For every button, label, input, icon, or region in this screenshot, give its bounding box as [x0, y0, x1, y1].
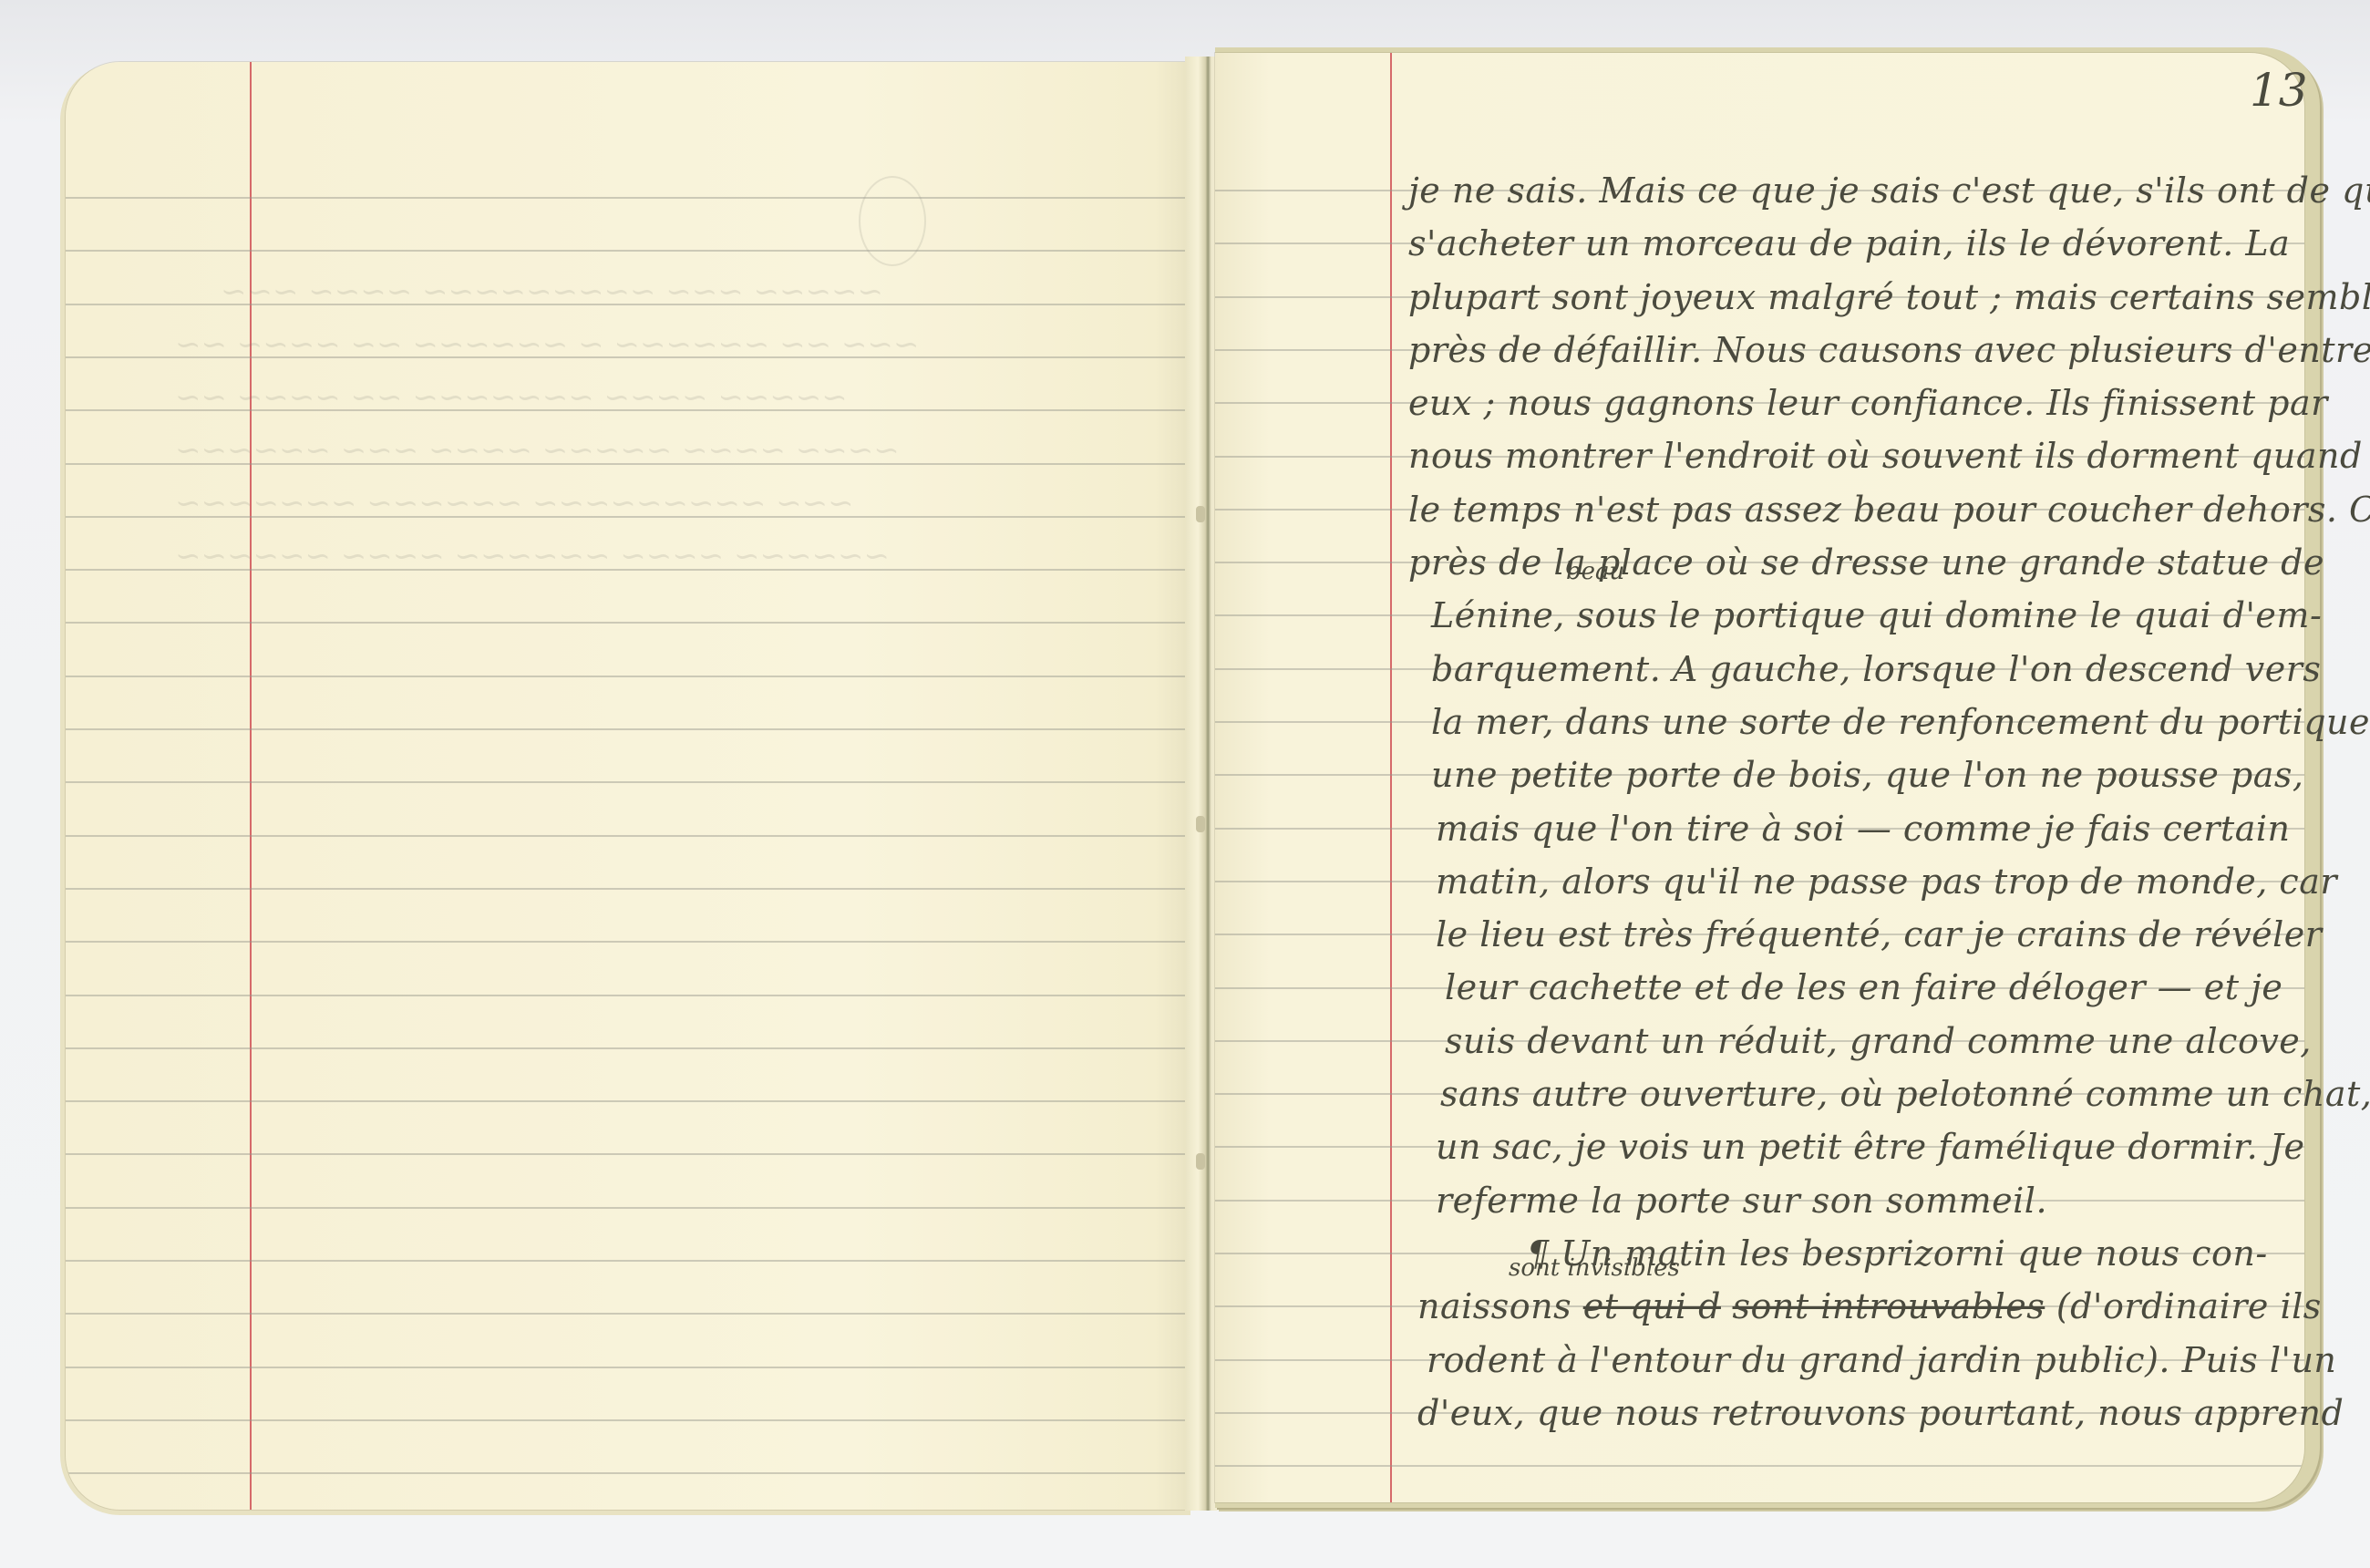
ruled-line: [66, 835, 1189, 837]
right-margin-line: [1390, 53, 1392, 1502]
text-line: eux ; nous gagnons leur confiance. Ils f…: [1408, 377, 2370, 429]
text-line: près de la place où se dresse une grande…: [1408, 536, 2370, 589]
text-line: la mer, dans une sorte de renfoncement d…: [1408, 696, 2370, 748]
struck-text: et qui d: [1583, 1286, 1721, 1326]
struck-text: sont introuvables: [1733, 1286, 2045, 1326]
ruled-line: [66, 1313, 1189, 1315]
spine-stitch: [1196, 506, 1205, 522]
text-line: d'eux, que nous retrouvons pourtant, nou…: [1408, 1387, 2370, 1439]
ruled-line: [66, 1100, 1189, 1102]
page-number: 13: [2250, 64, 2308, 117]
ruled-line: [1215, 1465, 2304, 1467]
ruled-line: [66, 995, 1189, 996]
ruled-line: [66, 1419, 1189, 1421]
text-line: mais que l'on tire à soi — comme je fais…: [1408, 802, 2370, 855]
bleed-through-text: ~~~ ~~ ~~~~~~ ~ ~~~~~~ ~~ ~~~~ ~~: [175, 326, 919, 363]
ruled-line: [66, 781, 1189, 783]
text-line: leur cachette et de les en faire déloger…: [1408, 961, 2370, 1014]
interlinear-insertion: sont invisibles: [1509, 1254, 1680, 1282]
left-page: ~~~~~ ~~~ ~~~~~~~~~ ~~~~ ~~~ ~~~ ~~ ~~~~…: [66, 62, 1189, 1510]
ruled-line: [66, 941, 1189, 943]
ruled-line: [66, 676, 1189, 677]
notebook-spine: [1185, 57, 1218, 1511]
text-line: s'acheter un morceau de pain, ils le dév…: [1408, 217, 2370, 270]
text-line: je ne sais. Mais ce que je sais c'est qu…: [1408, 164, 2370, 217]
bleed-through-text: ~~~~~ ~~~~ ~~~~~~~ ~~ ~~~~ ~~: [175, 379, 848, 416]
text-line: referme la porte sur son sommeil.: [1408, 1174, 2370, 1227]
bleed-through-text: ~~~ ~~~~~~~~~ ~~~~~~ ~~~~~~~: [175, 485, 854, 521]
ruled-line: [66, 1153, 1189, 1155]
text-line: plupart sont joyeux malgré tout ; mais c…: [1408, 271, 2370, 324]
text-line: Lénine, sous le portique qui domine le q…: [1408, 589, 2370, 642]
text-line-with-corrections: naissons et qui d sont introuvables (d'o…: [1408, 1280, 2370, 1333]
ruled-line: [66, 197, 1189, 199]
ruled-line: [66, 1367, 1189, 1368]
text-line: le lieu est très fréquenté, car je crain…: [1408, 908, 2370, 961]
spine-stitch: [1196, 1153, 1205, 1170]
text-line: près de défaillir. Nous causons avec plu…: [1408, 324, 2370, 377]
ruled-line: [66, 1472, 1189, 1474]
ruled-line: [66, 1207, 1189, 1209]
bleed-through-text: ~~~~ ~~~~ ~~~~~ ~~~~ ~~~ ~~~~~~: [175, 432, 900, 469]
ruled-line: [66, 622, 1189, 624]
spine-stitch: [1196, 816, 1205, 832]
ruled-line: [66, 1047, 1189, 1049]
ruled-line: [66, 728, 1189, 730]
faint-pencil-mark: [859, 176, 926, 266]
text-line: nous montrer l'endroit où souvent ils do…: [1408, 429, 2370, 482]
text-line: une petite porte de bois, que l'on ne po…: [1408, 748, 2370, 801]
text-line: suis devant un réduit, grand comme une a…: [1408, 1015, 2370, 1068]
ruled-line: [66, 1260, 1189, 1262]
text-line: sans autre ouverture, où pelotonné comme…: [1408, 1068, 2370, 1120]
bleed-through-text: ~~~~~ ~~~ ~~~~~~~~~ ~~~~ ~~~: [221, 273, 883, 310]
text-line: le temps n'est pas assez beau pour couch…: [1408, 483, 2370, 536]
text-line: barquement. A gauche, lorsque l'on desce…: [1408, 643, 2370, 696]
ruled-line: [66, 888, 1189, 890]
handwritten-text-block: je ne sais. Mais ce que je sais c'est qu…: [1408, 164, 2370, 1439]
text-line: matin, alors qu'il ne passe pas trop de …: [1408, 855, 2370, 908]
bleed-through-text: ~~~~~~ ~~~~ ~~~~~~ ~~~~ ~~~~~~: [175, 538, 890, 574]
text-line: un sac, je vois un petit être famélique …: [1408, 1120, 2370, 1173]
interlinear-insertion: beau: [1566, 558, 1624, 585]
text-line: rodent à l'entour du grand jardin public…: [1408, 1334, 2370, 1387]
ruled-line: [66, 250, 1189, 252]
